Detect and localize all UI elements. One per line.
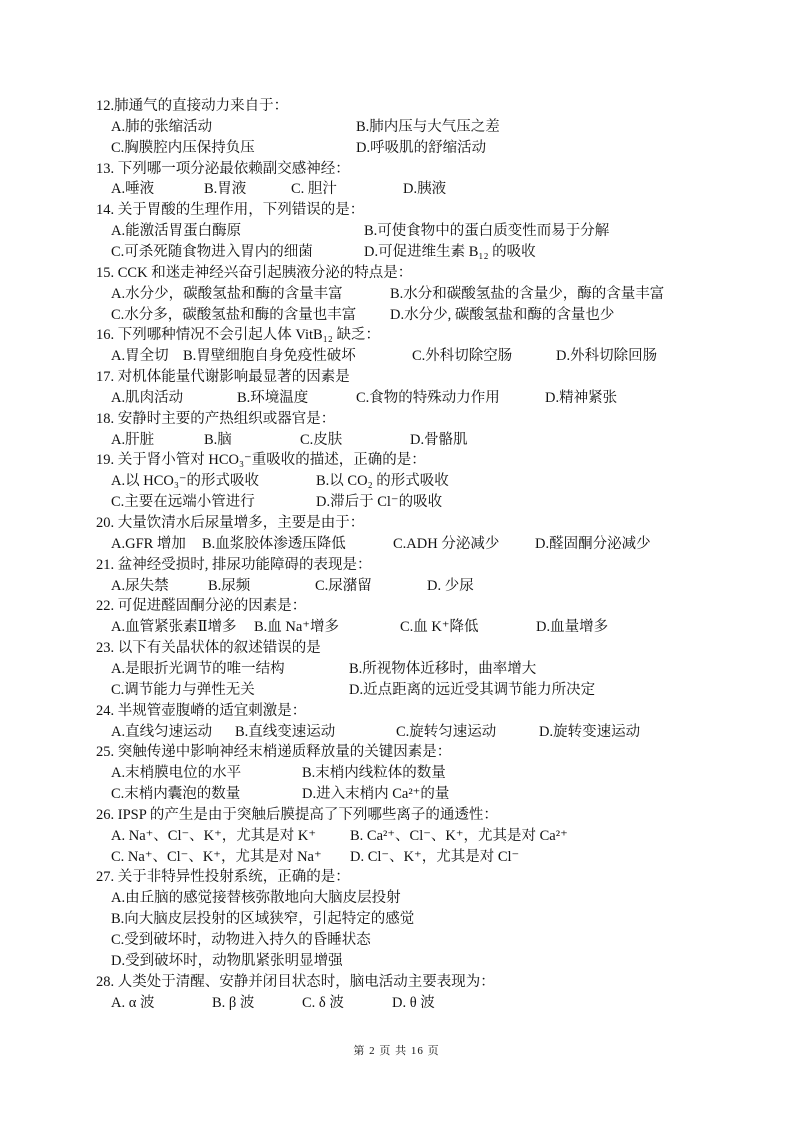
option-row: C.末梢内囊泡的数量D.进入末梢内 Ca²⁺的量 (0, 784, 793, 805)
answer-option: A.由丘脑的感觉接替核弥散地向大脑皮层投射 (111, 888, 401, 909)
answer-option: C.主要在远端小管进行 (111, 492, 255, 513)
answer-option: B.可使食物中的蛋白质变性而易于分解 (364, 221, 609, 242)
answer-option: C.皮肤 (300, 430, 342, 451)
answer-option: A.水分少，碳酸氢盐和酶的含量丰富 (111, 284, 343, 305)
answer-option: B.以 CO₂ 的形式吸收 (316, 471, 449, 492)
answer-option: A.以 HCO₃⁻的形式吸收 (111, 471, 259, 492)
question-number: 21. (96, 557, 114, 573)
question-stem: 28. 人类处于清醒、安静并闭目状态时，脑电活动主要表现为： (96, 972, 495, 993)
question-stem: 25. 突触传递中影响神经末梢递质释放量的关键因素是： (96, 742, 451, 763)
question-number: 28. (96, 974, 114, 990)
answer-option: D.外科切除回肠 (556, 346, 657, 367)
option-row: C.可杀死随食物进入胃内的细菌D.可促进维生素 B₁₂ 的吸收 (0, 242, 793, 263)
question-number: 27. (96, 869, 114, 885)
option-row: A.胃全切B.胃壁细胞自身免疫性破坏C.外科切除空肠D.外科切除回肠 (0, 346, 793, 367)
answer-option: C.食物的特殊动力作用 (356, 388, 500, 409)
option-row: A.末梢膜电位的水平B.末梢内线粒体的数量 (0, 763, 793, 784)
answer-option: D.骨骼肌 (410, 430, 468, 451)
answer-option: A.血管紧张素Ⅱ增多 (111, 617, 236, 638)
question-text: 盆神经受损时, 排尿功能障碍的表现是： (114, 557, 371, 573)
answer-option: D.水分少, 碳酸氢盐和酶的含量也少 (390, 305, 614, 326)
answer-option: A.能激活胃蛋白酶原 (111, 221, 241, 242)
page-footer: 第 2 页 共 16 页 (0, 1042, 793, 1058)
question-number: 17. (96, 369, 114, 385)
answer-option: B.血 Na⁺增多 (254, 617, 339, 638)
question-text: 下列哪种情况不会引起人体 VitB₁₂ 缺乏： (114, 327, 380, 343)
option-row: A.肝脏B.脑C.皮肤D.骨骼肌 (0, 430, 793, 451)
answer-option: D. θ 波 (392, 993, 435, 1014)
question-stem: 27. 关于非特异性投射系统，正确的是： (96, 867, 350, 888)
question-stem: 20. 大量饮清水后尿量增多，主要是由于： (96, 513, 364, 534)
question-stem: 24. 半规管壶腹嵴的适宜刺激是： (96, 701, 306, 722)
answer-option: B.胃壁细胞自身免疫性破坏 (183, 346, 356, 367)
question-text: 安静时主要的产热组织或器官是： (114, 411, 335, 427)
answer-option: C.旋转匀速运动 (396, 722, 496, 743)
question-stem: 15. CCK 和迷走神经兴奋引起胰液分泌的特点是： (96, 263, 412, 284)
answer-option: B.末梢内线粒体的数量 (302, 763, 446, 784)
answer-option: A.肺的张缩活动 (111, 117, 212, 138)
question-stem: 13. 下列哪一项分泌最依赖副交感神经： (96, 159, 350, 180)
question-number: 25. (96, 744, 114, 760)
answer-option: B.直线变速运动 (235, 722, 335, 743)
question-stem: 12.肺通气的直接动力来自于： (96, 96, 288, 117)
option-row: A.肌肉活动B.环境温度C.食物的特殊动力作用D.精神紧张 (0, 388, 793, 409)
answer-option: B.胃液 (204, 179, 246, 200)
question-stem: 17. 对机体能量代谢影响最显著的因素是 (96, 367, 350, 388)
option-row: C.调节能力与弹性无关D.近点距离的远近受其调节能力所决定 (0, 680, 793, 701)
question-text: 下列哪一项分泌最依赖副交感神经： (114, 161, 350, 177)
question-number: 26. (96, 807, 114, 823)
answer-option: D.近点距离的远近受其调节能力所决定 (349, 680, 595, 701)
answer-option: C.水分多，碳酸氢盐和酶的含量也丰富 (111, 305, 356, 326)
answer-option: C.尿潴留 (315, 576, 372, 597)
answer-option: D.精神紧张 (545, 388, 617, 409)
answer-option: A.肌肉活动 (111, 388, 183, 409)
answer-option: A.肝脏 (111, 430, 154, 451)
question-text: 关于非特异性投射系统，正确的是： (114, 869, 350, 885)
question-stem: 14. 关于胃酸的生理作用，下列错误的是： (96, 200, 364, 221)
answer-option: C. 胆汁 (291, 179, 337, 200)
answer-option: A.GFR 增加 (111, 534, 186, 555)
question-text: 对机体能量代谢影响最显著的因素是 (114, 369, 350, 385)
answer-option: B.肺内压与大气压之差 (356, 117, 500, 138)
answer-option: B.脑 (204, 430, 232, 451)
question-stem: 21. 盆神经受损时, 排尿功能障碍的表现是： (96, 555, 372, 576)
question-text: 突触传递中影响神经末梢递质释放量的关键因素是： (114, 744, 451, 760)
answer-option: C. δ 波 (302, 993, 344, 1014)
question-stem: 23. 以下有关晶状体的叙述错误的是 (96, 638, 321, 659)
option-row: A.能激活胃蛋白酶原B.可使食物中的蛋白质变性而易于分解 (0, 221, 793, 242)
option-row: A.肺的张缩活动B.肺内压与大气压之差 (0, 117, 793, 138)
question-text: 关于胃酸的生理作用，下列错误的是： (114, 202, 364, 218)
question-stem: 18. 安静时主要的产热组织或器官是： (96, 409, 335, 430)
option-row: A.尿失禁B.尿频C.尿潴留D. 少尿 (0, 576, 793, 597)
answer-option: A.直线匀速运动 (111, 722, 212, 743)
option-row: A.直线匀速运动B.直线变速运动C.旋转匀速运动D.旋转变速运动 (0, 722, 793, 743)
question-text: 人类处于清醒、安静并闭目状态时，脑电活动主要表现为： (114, 974, 495, 990)
question-number: 13. (96, 161, 114, 177)
answer-option: B.环境温度 (237, 388, 308, 409)
answer-option: D.进入末梢内 Ca²⁺的量 (302, 784, 449, 805)
answer-option: C.受到破坏时，动物进入持久的昏睡状态 (111, 930, 371, 951)
question-number: 15. (96, 265, 114, 281)
option-row: D.受到破坏时，动物肌紧张明显增强 (0, 951, 793, 972)
answer-option: C.末梢内囊泡的数量 (111, 784, 240, 805)
answer-option: A. Na⁺、Cl⁻、K⁺，尤其是对 K⁺ (111, 826, 316, 847)
question-number: 14. (96, 202, 114, 218)
option-row: A.以 HCO₃⁻的形式吸收B.以 CO₂ 的形式吸收 (0, 471, 793, 492)
option-row: A. α 波B. β 波C. δ 波D. θ 波 (0, 993, 793, 1014)
exam-page: 12.肺通气的直接动力来自于：A.肺的张缩活动B.肺内压与大气压之差C.胸膜腔内… (0, 0, 793, 1122)
answer-option: B. β 波 (212, 993, 254, 1014)
answer-option: D. Cl⁻、K⁺，尤其是对 Cl⁻ (350, 847, 519, 868)
answer-option: A.唾液 (111, 179, 154, 200)
answer-option: C.调节能力与弹性无关 (111, 680, 255, 701)
option-row: A.由丘脑的感觉接替核弥散地向大脑皮层投射 (0, 888, 793, 909)
option-row: C.受到破坏时，动物进入持久的昏睡状态 (0, 930, 793, 951)
answer-option: D.血量增多 (536, 617, 608, 638)
answer-option: C. Na⁺、Cl⁻、K⁺，尤其是对 Na⁺ (111, 847, 322, 868)
option-row: A.血管紧张素Ⅱ增多B.血 Na⁺增多C.血 K⁺降低D.血量增多 (0, 617, 793, 638)
option-row: A. Na⁺、Cl⁻、K⁺，尤其是对 K⁺B. Ca²⁺、Cl⁻、K⁺，尤其是对… (0, 826, 793, 847)
question-number: 19. (96, 452, 114, 468)
answer-option: B.血浆胶体渗透压降低 (202, 534, 346, 555)
answer-option: A. α 波 (111, 993, 154, 1014)
question-stem: 19. 关于肾小管对 HCO₃⁻重吸收的描述，正确的是： (96, 450, 426, 471)
answer-option: B.向大脑皮层投射的区域狭窄，引起特定的感觉 (111, 909, 414, 930)
answer-option: D.醛固酮分泌减少 (535, 534, 651, 555)
answer-option: C.血 K⁺降低 (400, 617, 479, 638)
question-text: 肺通气的直接动力来自于： (114, 98, 288, 114)
answer-option: A.末梢膜电位的水平 (111, 763, 241, 784)
question-stem: 26. IPSP 的产生是由于突触后膜提高了下列哪些离子的通透性： (96, 805, 498, 826)
answer-option: B. Ca²⁺、Cl⁻、K⁺，尤其是对 Ca²⁺ (350, 826, 568, 847)
question-number: 20. (96, 515, 114, 531)
answer-option: B.所视物体近移时，曲率增大 (349, 659, 536, 680)
option-row: C.胸膜腔内压保持负压D.呼吸肌的舒缩活动 (0, 138, 793, 159)
option-row: C. Na⁺、Cl⁻、K⁺，尤其是对 Na⁺D. Cl⁻、K⁺，尤其是对 Cl⁻ (0, 847, 793, 868)
question-number: 23. (96, 640, 114, 656)
option-row: C.主要在远端小管进行D.滞后于 Cl⁻的吸收 (0, 492, 793, 513)
question-text: IPSP 的产生是由于突触后膜提高了下列哪些离子的通透性： (114, 807, 498, 823)
question-number: 22. (96, 598, 114, 614)
question-text: CCK 和迷走神经兴奋引起胰液分泌的特点是： (114, 265, 412, 281)
option-row: A.是眼折光调节的唯一结构B.所视物体近移时，曲率增大 (0, 659, 793, 680)
answer-option: D. 少尿 (427, 576, 474, 597)
option-row: A.唾液B.胃液C. 胆汁D.胰液 (0, 179, 793, 200)
question-stem: 22. 可促进醛固酮分泌的因素是： (96, 596, 306, 617)
question-number: 18. (96, 411, 114, 427)
question-text: 半规管壶腹嵴的适宜刺激是： (114, 703, 306, 719)
answer-option: A.胃全切 (111, 346, 169, 367)
question-text: 大量饮清水后尿量增多，主要是由于： (114, 515, 364, 531)
option-row: A.GFR 增加B.血浆胶体渗透压降低C.ADH 分泌减少D.醛固酮分泌减少 (0, 534, 793, 555)
option-row: B.向大脑皮层投射的区域狭窄，引起特定的感觉 (0, 909, 793, 930)
answer-option: D.旋转变速运动 (539, 722, 640, 743)
question-number: 16. (96, 327, 114, 343)
answer-option: D.胰液 (403, 179, 446, 200)
question-number: 24. (96, 703, 114, 719)
option-row: A.水分少，碳酸氢盐和酶的含量丰富B.水分和碳酸氢盐的含量少，酶的含量丰富 (0, 284, 793, 305)
answer-option: D.呼吸肌的舒缩活动 (356, 138, 486, 159)
answer-option: B.水分和碳酸氢盐的含量少，酶的含量丰富 (390, 284, 664, 305)
answer-option: C.胸膜腔内压保持负压 (111, 138, 255, 159)
question-text: 可促进醛固酮分泌的因素是： (114, 598, 306, 614)
answer-option: D.可促进维生素 B₁₂ 的吸收 (364, 242, 536, 263)
answer-option: C.外科切除空肠 (412, 346, 512, 367)
answer-option: C.ADH 分泌减少 (393, 534, 499, 555)
question-text: 关于肾小管对 HCO₃⁻重吸收的描述，正确的是： (114, 452, 426, 468)
answer-option: B.尿频 (208, 576, 250, 597)
option-row: C.水分多，碳酸氢盐和酶的含量也丰富D.水分少, 碳酸氢盐和酶的含量也少 (0, 305, 793, 326)
question-text: 以下有关晶状体的叙述错误的是 (114, 640, 321, 656)
question-number: 12. (96, 98, 114, 114)
answer-option: D.受到破坏时，动物肌紧张明显增强 (111, 951, 343, 972)
answer-option: D.滞后于 Cl⁻的吸收 (316, 492, 442, 513)
answer-option: C.可杀死随食物进入胃内的细菌 (111, 242, 313, 263)
answer-option: A.尿失禁 (111, 576, 169, 597)
question-stem: 16. 下列哪种情况不会引起人体 VitB₁₂ 缺乏： (96, 325, 380, 346)
answer-option: A.是眼折光调节的唯一结构 (111, 659, 285, 680)
